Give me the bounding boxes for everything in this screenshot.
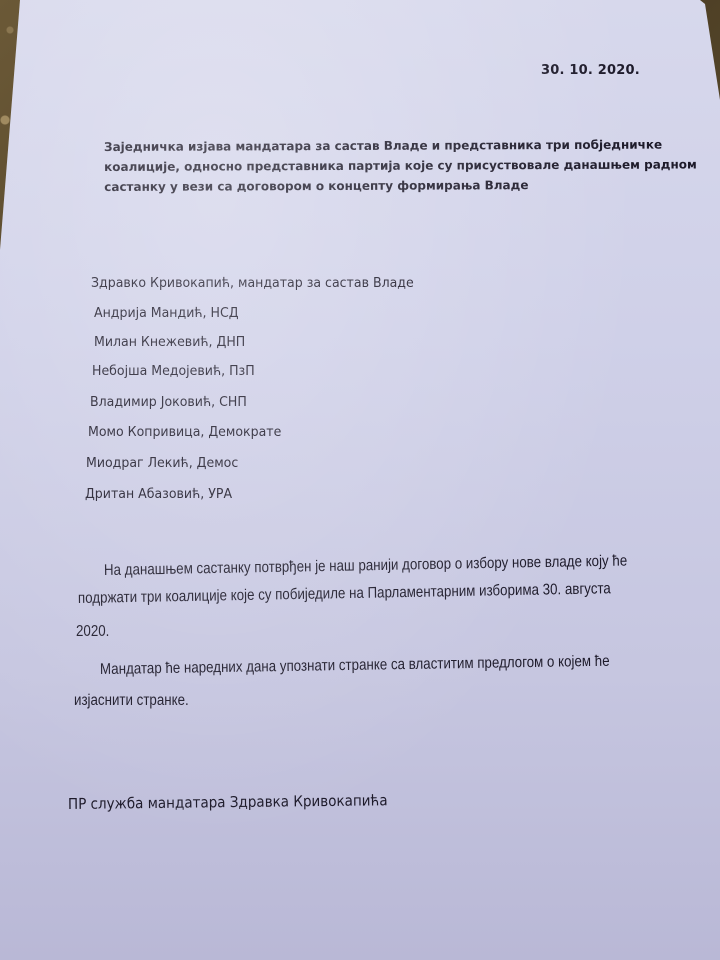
participant-item: Миодраг Лекић, Демос	[86, 455, 238, 471]
paper-sheet: 30. 10. 2020. Заједничка изјава мандатар…	[0, 0, 720, 960]
body-line: Мандатар ће наредних дана упознати стран…	[100, 653, 610, 679]
participant-item: Небојша Медојевић, ПзП	[92, 363, 255, 379]
document-heading: Заједничка изјава мандатара за састав Вл…	[104, 134, 697, 197]
participant-item: Дритан Абазовић, УРА	[85, 486, 232, 502]
participant-item: Андрија Мандић, НСД	[94, 305, 239, 321]
heading-line: коалиције, односно представника партија …	[104, 154, 697, 177]
participant-item: Владимир Јоковић, СНП	[90, 394, 247, 410]
body-line: На данашњем састанку потврђен је наш ран…	[104, 552, 627, 580]
participant-item: Милан Кнежевић, ДНП	[94, 334, 245, 350]
body-line: подржати три коалиције које су побиједил…	[78, 580, 611, 608]
document-signature: ПР служба мандатара Здравка Кривокапића	[68, 791, 388, 813]
participant-item: Здравко Кривокапић, мандатар за састав В…	[91, 275, 414, 291]
body-line: 2020.	[76, 623, 109, 641]
heading-line: састанку у вези са договором о концепту …	[104, 174, 697, 197]
body-line: изјаснити странке.	[74, 692, 189, 710]
participant-item: Момо Копривица, Демократе	[88, 424, 281, 440]
heading-line: Заједничка изјава мандатара за састав Вл…	[104, 134, 697, 157]
document-date: 30. 10. 2020.	[541, 63, 640, 78]
